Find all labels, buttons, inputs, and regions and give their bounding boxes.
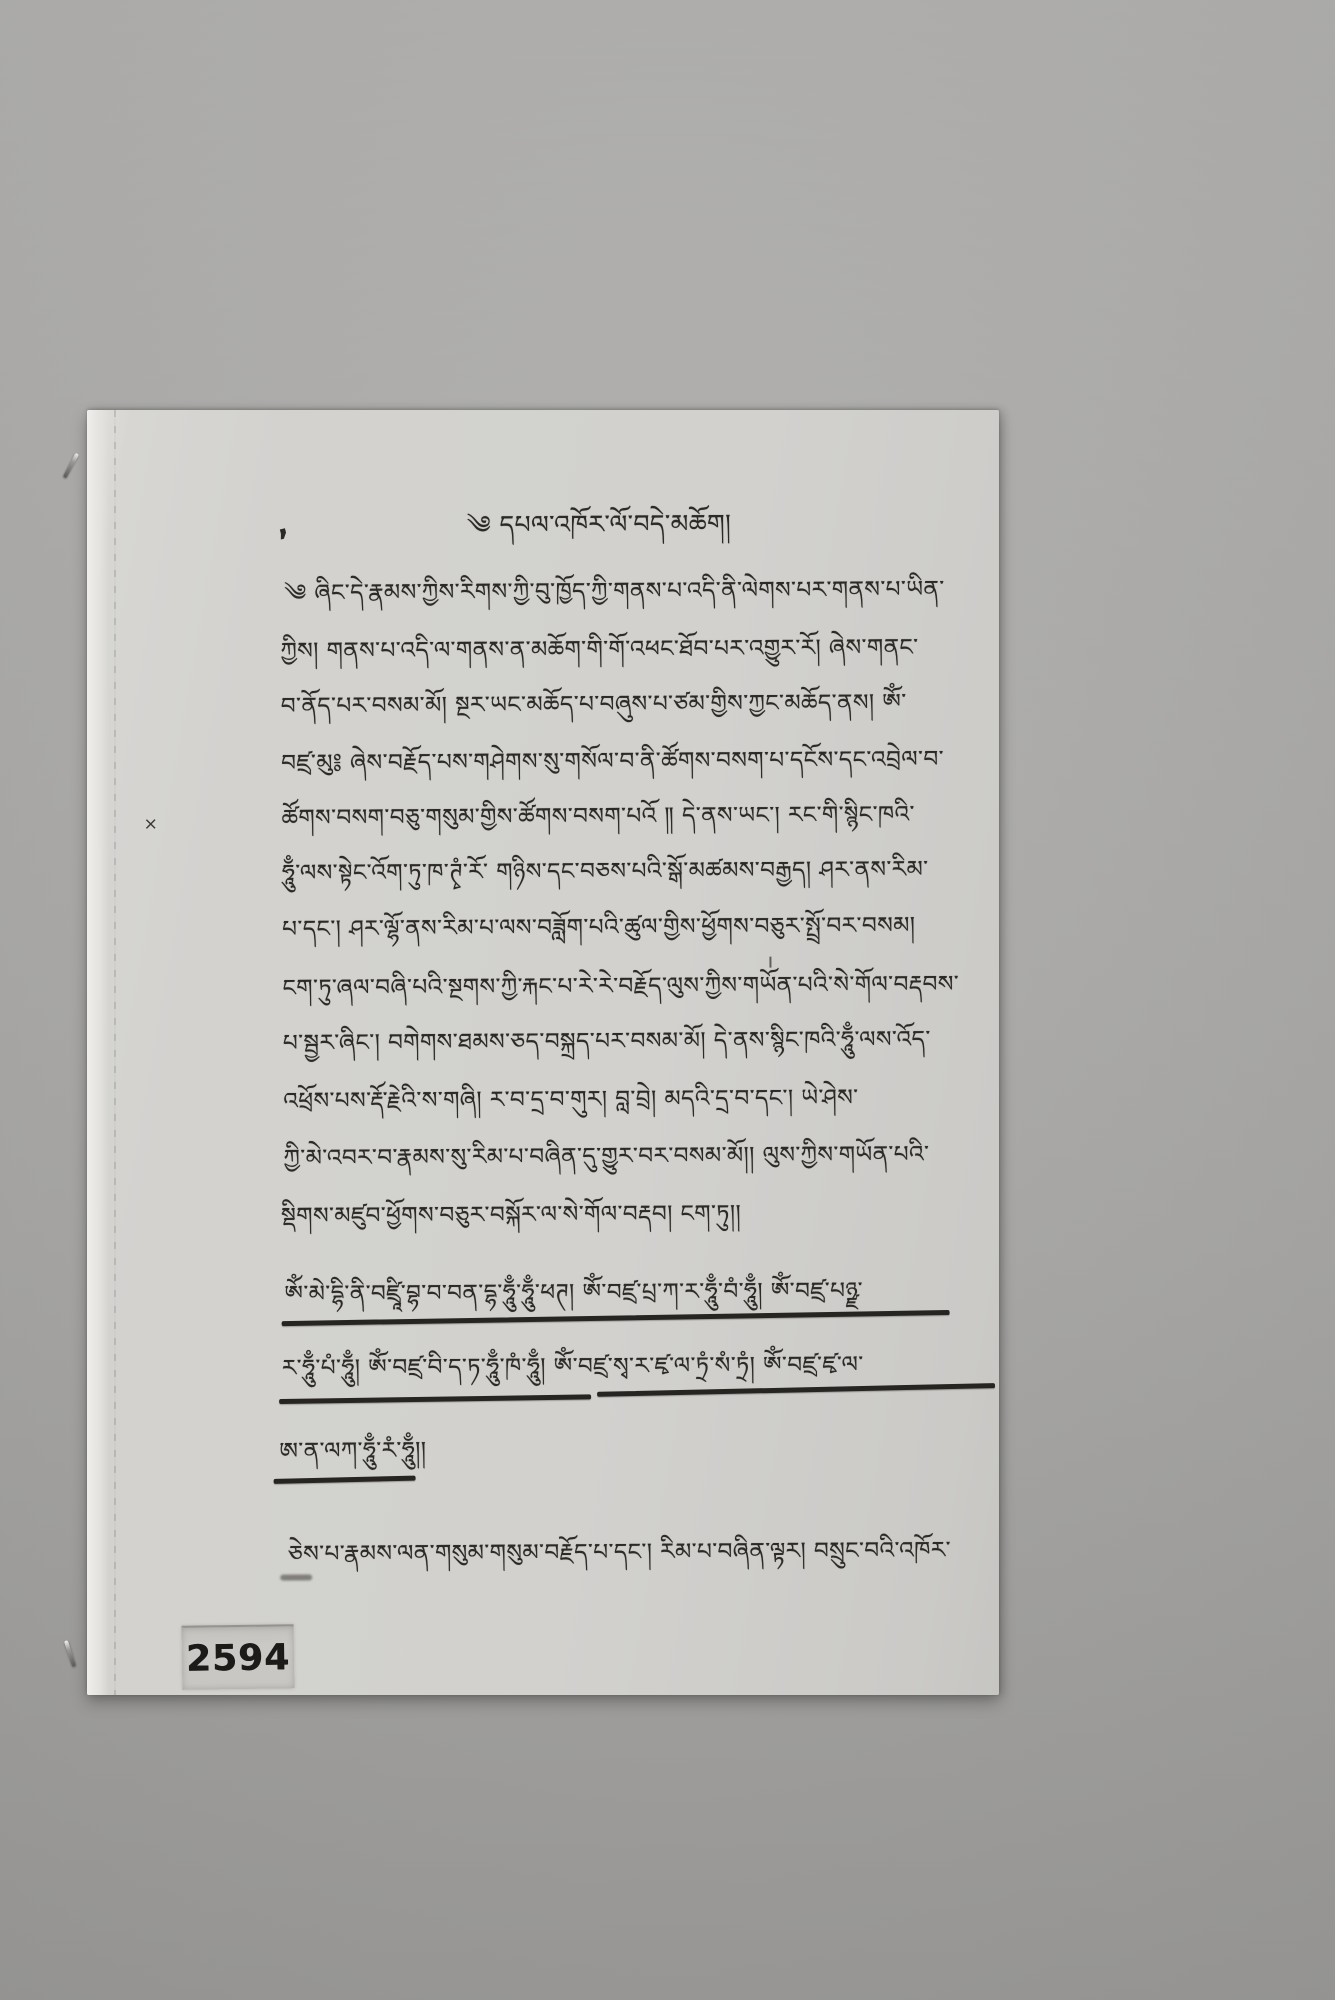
text-line: འཕྲོས་པས་རྡོ་རྗེའི་ས་གཞི། ར་བ་དྲ་བ་གུར། … xyxy=(283,1083,859,1117)
text-line: ཚོགས་བསག་བཅུ་གསུམ་གྱིས་ཚོགས་བསག་པའོ ༎ དེ… xyxy=(281,800,915,834)
mantra-underline xyxy=(282,1310,950,1326)
ink-smudge xyxy=(280,1574,312,1580)
stamp-number: 2594 xyxy=(186,1637,291,1679)
stray-tick-mark xyxy=(769,957,771,968)
mantra-line: ར་ཧཱུྃ་པཾ་ཧཱུྃ། ཨོཾ་བཛྲ་བི་ད་ཏ་ཧཱུྃ་ཁཾ་ཧ… xyxy=(282,1350,864,1384)
text-line: པ་དང་། ཤར་ལྷོ་ནས་རིམ་པ་ལས་བཟློག་པའི་ཚུལ་… xyxy=(282,911,915,945)
staple-top xyxy=(63,453,79,479)
catalog-stamp: 2594 xyxy=(182,1624,295,1690)
mantra-line: ཨོཾ་མེ་དྷི་ནི་བཛྲཱི་བྷ་བ་བན་དྷ་ཧཱུྃ་ཧཱུྃ… xyxy=(284,1276,863,1310)
text-line: ཧཱུྃ་ལས་སྟེང་འོག་ཏུ་ཁ་ཊྭཾ་རོ་ གཉིས་དང་བཅ… xyxy=(282,855,929,889)
text-line: བཛྲ་མུ༔ ཞེས་བརྗོད་པས་གཤེགས་སུ་གསོལ་བ་ནི་… xyxy=(281,745,944,779)
text-line: ཀྱིས། གནས་པ་འདི་ལ་གནས་ན་མཆོག་གི་གོ་འཕང་ཐ… xyxy=(280,633,918,667)
closing-line: ཅེས་པ་རྣམས་ལན་གསུམ་གསུམ་བརྗོད་པ་དང་། རིམ… xyxy=(288,1536,951,1570)
staple-bottom xyxy=(64,1640,76,1667)
text-line: པ་སྦྱར་ཞིང་། བགེགས་ཐམས་ཅད་བསྐྲད་པར་བསམ་མ… xyxy=(283,1025,931,1059)
mantra-underline xyxy=(279,1394,591,1404)
margin-x-mark: × xyxy=(144,814,158,834)
text-line: བ་ནོད་པར་བསམ་མོ། སྔར་ཡང་མཆོད་པ་བཞུས་པ་ཙམ… xyxy=(281,688,907,722)
text-line: སྡིགས་མཛུབ་ཕྱོགས་བཅུར་བསྐོར་ལ་སེ་གོལ་བརྡ… xyxy=(281,1199,741,1232)
text-line: ཀྱི་མེ་འབར་བ་རྣམས་སུ་རིམ་པ་བཞིན་དུ་གྱུར་… xyxy=(284,1140,930,1174)
mantra-underline xyxy=(597,1383,995,1397)
photo-backdrop: { "page": { "type": "scanned-document-ph… xyxy=(0,0,1335,2000)
text-block: , ༄ དཔལ་འཁོར་ལོ་བདེ་མཆོག། ༄ ཞིང་དེ་རྣམས་… xyxy=(87,410,999,1695)
title-line: ༄ དཔལ་འཁོར་ལོ་བདེ་མཆོག། xyxy=(467,509,732,541)
paper-sheet: , ༄ དཔལ་འཁོར་ལོ་བདེ་མཆོག། ༄ ཞིང་དེ་རྣམས་… xyxy=(87,410,999,1695)
mantra-line: ཨ་ན་ལཀ་ཧཱུྃ་རཾ་ཧཱུྃ།། xyxy=(279,1436,426,1467)
ink-comma-mark: , xyxy=(272,507,292,544)
text-line: ངག་ཏུ་ཞལ་བཞི་པའི་སྔགས་ཀྱི་རྐང་པ་རེ་རེ་བར… xyxy=(283,969,960,1003)
text-line: ༄ ཞིང་དེ་རྣམས་ཀྱིས་རིགས་ཀྱི་བུ་ཁྱོད་ཀྱི་… xyxy=(284,575,945,609)
mantra-underline xyxy=(274,1476,416,1484)
